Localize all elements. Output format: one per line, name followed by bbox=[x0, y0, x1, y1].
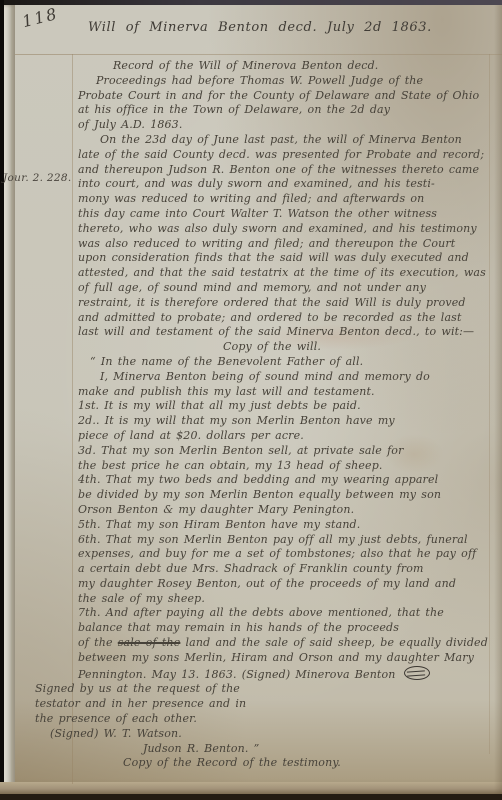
text-line: Orson Benton & my daughter Mary Peningto… bbox=[78, 503, 496, 518]
text-line: into court, and was duly sworn and exami… bbox=[78, 177, 496, 192]
text-line: thereto, who was also duly sworn and exa… bbox=[78, 222, 496, 237]
text-line: testator and in her presence and in bbox=[35, 697, 496, 712]
seal-icon bbox=[404, 666, 430, 680]
text-line: Probate Court in and for the County of D… bbox=[78, 89, 496, 104]
text-line: On the 23d day of June last past, the wi… bbox=[100, 133, 496, 148]
struck-out-text: sale of the bbox=[118, 636, 181, 649]
text-line: (Signed) W. T. Watson. bbox=[50, 727, 496, 742]
text-line: Judson R. Benton. ” bbox=[143, 742, 496, 757]
book-edge-top bbox=[0, 0, 502, 5]
page-title: Will of Minerva Benton decd. July 2d 186… bbox=[88, 20, 488, 35]
text-line: mony was reduced to writing and filed; a… bbox=[78, 192, 496, 207]
text-line: my daughter Rosey Benton, out of the pro… bbox=[78, 577, 496, 592]
text-line: last will and testament of the said Mine… bbox=[78, 325, 496, 340]
text-line: 6th. That my son Merlin Benton pay off a… bbox=[78, 533, 496, 548]
header-rule-line bbox=[15, 54, 502, 55]
text-line: a certain debt due Mrs. Shadrack of Fran… bbox=[78, 562, 496, 577]
book-edge-left bbox=[0, 0, 4, 800]
text-line: the presence of each other. bbox=[35, 712, 496, 727]
text-line: “ In the name of the Benevolent Father o… bbox=[90, 355, 496, 370]
text-line: 7th. And after paying all the debts abov… bbox=[78, 606, 496, 621]
page-stack-edge-bottom bbox=[0, 782, 502, 794]
text-line: Copy of the will. bbox=[223, 340, 496, 355]
text-line: and thereupon Judson R. Benton one of th… bbox=[78, 163, 496, 178]
text-line: balance that may remain in his hands of … bbox=[78, 621, 496, 636]
text-line: Copy of the Record of the testimony. bbox=[123, 756, 496, 771]
text-line: between my sons Merlin, Hiram and Orson … bbox=[78, 651, 496, 666]
journal-margin-note: Jour. 2. 228. bbox=[3, 172, 71, 184]
text-line: Record of the Will of Minerova Benton de… bbox=[113, 59, 496, 74]
text-line: of full age, of sound mind and memory, a… bbox=[78, 281, 496, 296]
text-line: make and publish this my last will and t… bbox=[78, 385, 496, 400]
text-line: 4th. That my two beds and bedding and my… bbox=[78, 473, 496, 488]
text-line: restraint, it is therefore ordered that … bbox=[78, 296, 496, 311]
text-line: Proceedings had before Thomas W. Powell … bbox=[96, 74, 496, 89]
text-line: upon consideration finds that the said w… bbox=[78, 251, 496, 266]
text-line: the sale of my sheep. bbox=[78, 592, 496, 607]
text-line: this day came into Court Walter T. Watso… bbox=[78, 207, 496, 222]
margin-rule-line bbox=[72, 54, 73, 784]
text-line: 1st. It is my will that all my just debt… bbox=[78, 399, 496, 414]
text-line: piece of land at $20. dollars per acre. bbox=[78, 429, 496, 444]
book-edge-bottom bbox=[0, 794, 502, 800]
text-line: of the sale of the land and the sale of … bbox=[78, 636, 496, 651]
text-line: at his office in the Town of Delaware, o… bbox=[78, 103, 496, 118]
text-line: the best price he can obtain, my 13 head… bbox=[78, 459, 496, 474]
text-line: attested, and that the said testatrix at… bbox=[78, 266, 496, 281]
text-line: 3d. That my son Merlin Benton sell, at p… bbox=[78, 444, 496, 459]
text-line: of July A.D. 1863. bbox=[78, 118, 496, 133]
text-line: late of the said County decd. was presen… bbox=[78, 148, 496, 163]
text-line: Pennington. May 13. 1863. (Signed) Miner… bbox=[78, 666, 496, 683]
text-line: be divided by my son Merlin Benton equal… bbox=[78, 488, 496, 503]
text-line: I, Minerva Benton being of sound mind an… bbox=[100, 370, 496, 385]
text-line: and admitted to probate; and ordered to … bbox=[78, 311, 496, 326]
page-edge-left bbox=[4, 5, 15, 794]
text-line: 2d.. It is my will that my son Merlin Be… bbox=[78, 414, 496, 429]
text-line: Signed by us at the request of the bbox=[35, 682, 496, 697]
text-line: 5th. That my son Hiram Benton have my st… bbox=[78, 518, 496, 533]
text-line: expenses, and buy for me a set of tombst… bbox=[78, 547, 496, 562]
text-line: was also reduced to writing and filed; a… bbox=[78, 237, 496, 252]
will-record-text: Record of the Will of Minerova Benton de… bbox=[78, 59, 496, 771]
